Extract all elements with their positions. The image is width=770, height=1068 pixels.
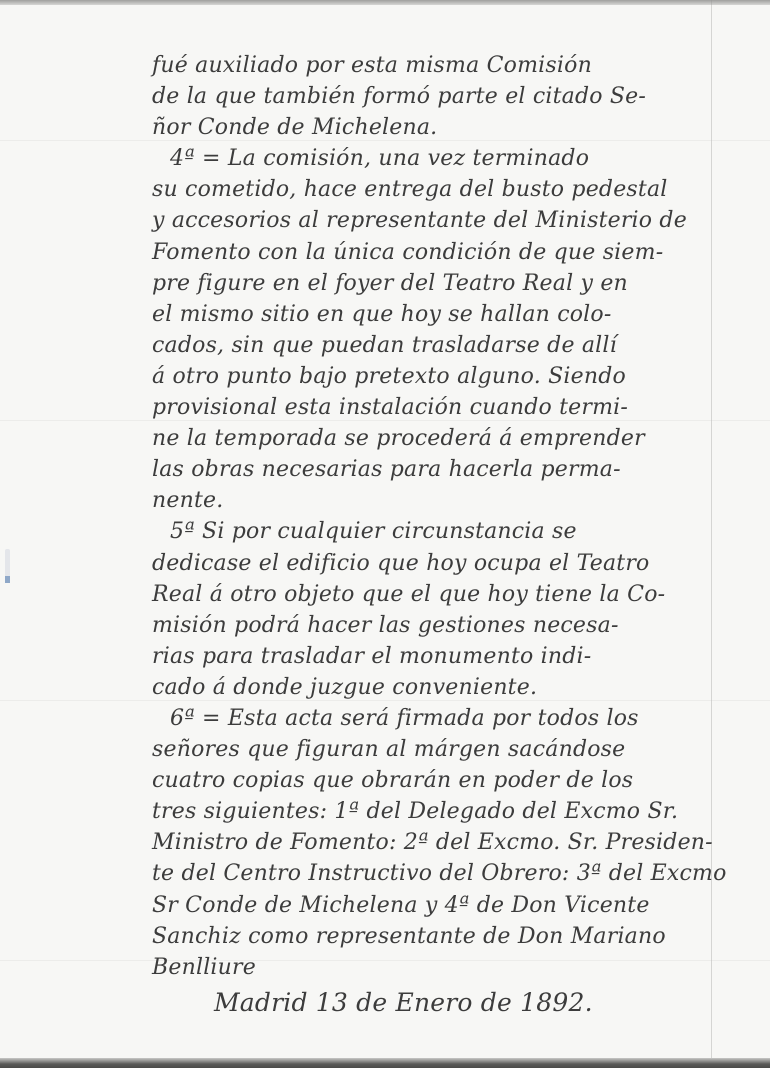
text-line: misión podrá hacer las gestiones necesa- [152,610,717,641]
scroll-indicator[interactable] [5,549,10,583]
text-line: y accesorios al representante del Minist… [152,205,717,236]
manuscript-page: fué auxiliado por esta misma Comisión de… [0,0,770,1068]
text-line: de la que también formó parte el citado … [152,81,717,112]
date-signature-line: Madrid 13 de Enero de 1892. [152,987,717,1018]
text-line: cuatro copias que obrarán en poder de lo… [152,765,717,796]
text-line: Real á otro objeto que el que hoy tiene … [152,579,717,610]
clause-5-start: 5ª Si por cualquier circunstancia se [152,516,717,547]
text-line: Sr Conde de Michelena y 4ª de Don Vicent… [152,890,717,921]
text-line: provisional esta instalación cuando term… [152,392,717,423]
text-line: pre figure en el foyer del Teatro Real y… [152,268,717,299]
clause-4-start: 4ª = La comisión, una vez terminado [152,143,717,174]
text-line: rias para trasladar el monumento indi- [152,641,717,672]
text-line: dedicase el edificio que hoy ocupa el Te… [152,548,717,579]
text-line: cado á donde juzgue conveniente. [152,672,717,703]
handwritten-text-body: fué auxiliado por esta misma Comisión de… [152,50,717,1018]
text-line: Ministro de Fomento: 2ª del Excmo. Sr. P… [152,827,717,858]
clause-6-start: 6ª = Esta acta será firmada por todos lo… [152,703,717,734]
scroll-indicator-thumb[interactable] [5,576,10,583]
text-line: señores que figuran al márgen sacándose [152,734,717,765]
page-top-edge [0,0,770,5]
text-line: á otro punto bajo pretexto alguno. Siend… [152,361,717,392]
text-line: nente. [152,485,717,516]
text-line: el mismo sitio en que hoy se hallan colo… [152,299,717,330]
text-line: te del Centro Instructivo del Obrero: 3ª… [152,858,717,889]
text-line: tres siguientes: 1ª del Delegado del Exc… [152,796,717,827]
text-line: ne la temporada se procederá á emprender [152,423,717,454]
text-line: cados, sin que puedan trasladarse de all… [152,330,717,361]
text-line: Fomento con la única condición de que si… [152,237,717,268]
page-bottom-edge [0,1058,770,1068]
text-line: Sanchiz como representante de Don Marian… [152,921,717,952]
text-line: fué auxiliado por esta misma Comisión [152,50,717,81]
text-line: las obras necesarias para hacerla perma- [152,454,717,485]
text-line: su cometido, hace entrega del busto pede… [152,174,717,205]
text-line: Benlliure [152,952,717,983]
text-line: ñor Conde de Michelena. [152,112,717,143]
